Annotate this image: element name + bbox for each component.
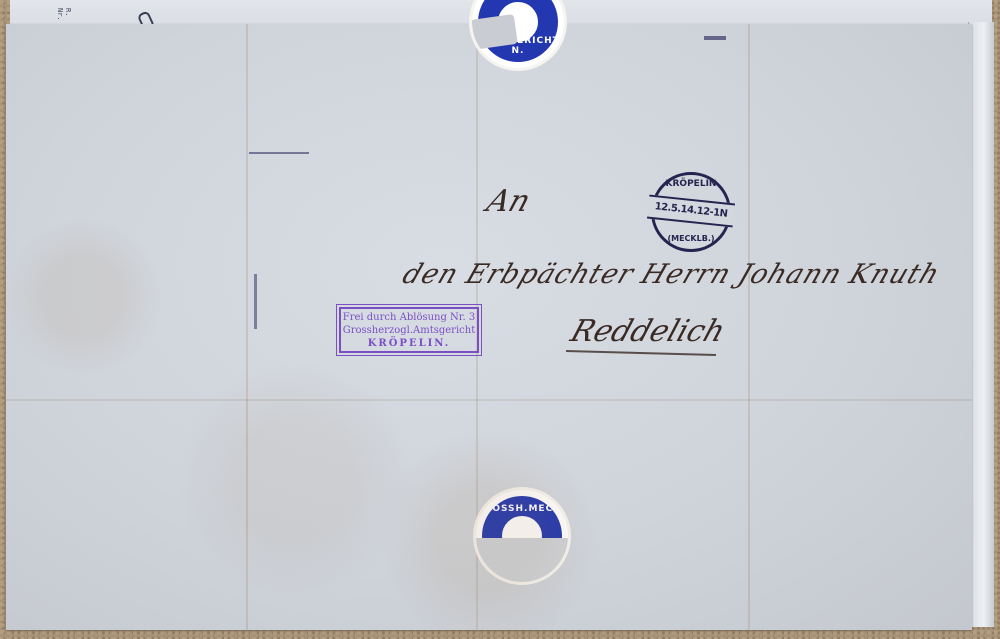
address-recipient: den Erbpächter Herrn Johann Knuth (398, 259, 944, 290)
stamp-line: Frei durch Ablösung Nr. 3 (341, 311, 477, 324)
wafer-seal-bottom: GROSSH.MECKL. (476, 490, 568, 582)
fold-line (748, 24, 750, 630)
wafer-seal-top: AMTSGERICHT N. (472, 0, 564, 68)
postmark-town: KRÖPELIN (654, 179, 728, 189)
franking-box-stamp: Frei durch Ablösung Nr. 3 Grossherzogl.A… (339, 307, 479, 353)
seal-covered-part (476, 538, 568, 582)
stamp-line: KRÖPELIN. (341, 337, 477, 350)
folded-letter: AMTSGERICHT N. GROSSH.MECKL. Frei durch … (6, 24, 972, 630)
photo-scene: R. Nr. AMTSGERICHT N. GROSSH.MECKL. Frei… (0, 0, 1000, 639)
ink-mark (254, 274, 257, 329)
fold-line (6, 399, 972, 401)
postmark: KRÖPELIN 12.5.14.12-1N (MECKLB.) (651, 172, 731, 252)
postmark-date: 12.5.14.12-1N (647, 195, 735, 228)
address-underline (566, 350, 716, 356)
fold-line (246, 24, 248, 630)
ink-mark (249, 152, 309, 154)
back-sheet-print: R. Nr. (56, 8, 72, 21)
postmark-region: (MECKLB.) (654, 234, 728, 243)
seal-text: GROSSH.MECKL. (476, 504, 568, 514)
print-line: R. (64, 8, 72, 21)
address-place: Reddelich (566, 314, 729, 349)
stamp-line: Grossherzogl.Amtsgericht (341, 324, 477, 337)
ink-mark (704, 36, 726, 40)
print-line: Nr. (56, 8, 64, 21)
address-salutation: An (482, 184, 534, 219)
